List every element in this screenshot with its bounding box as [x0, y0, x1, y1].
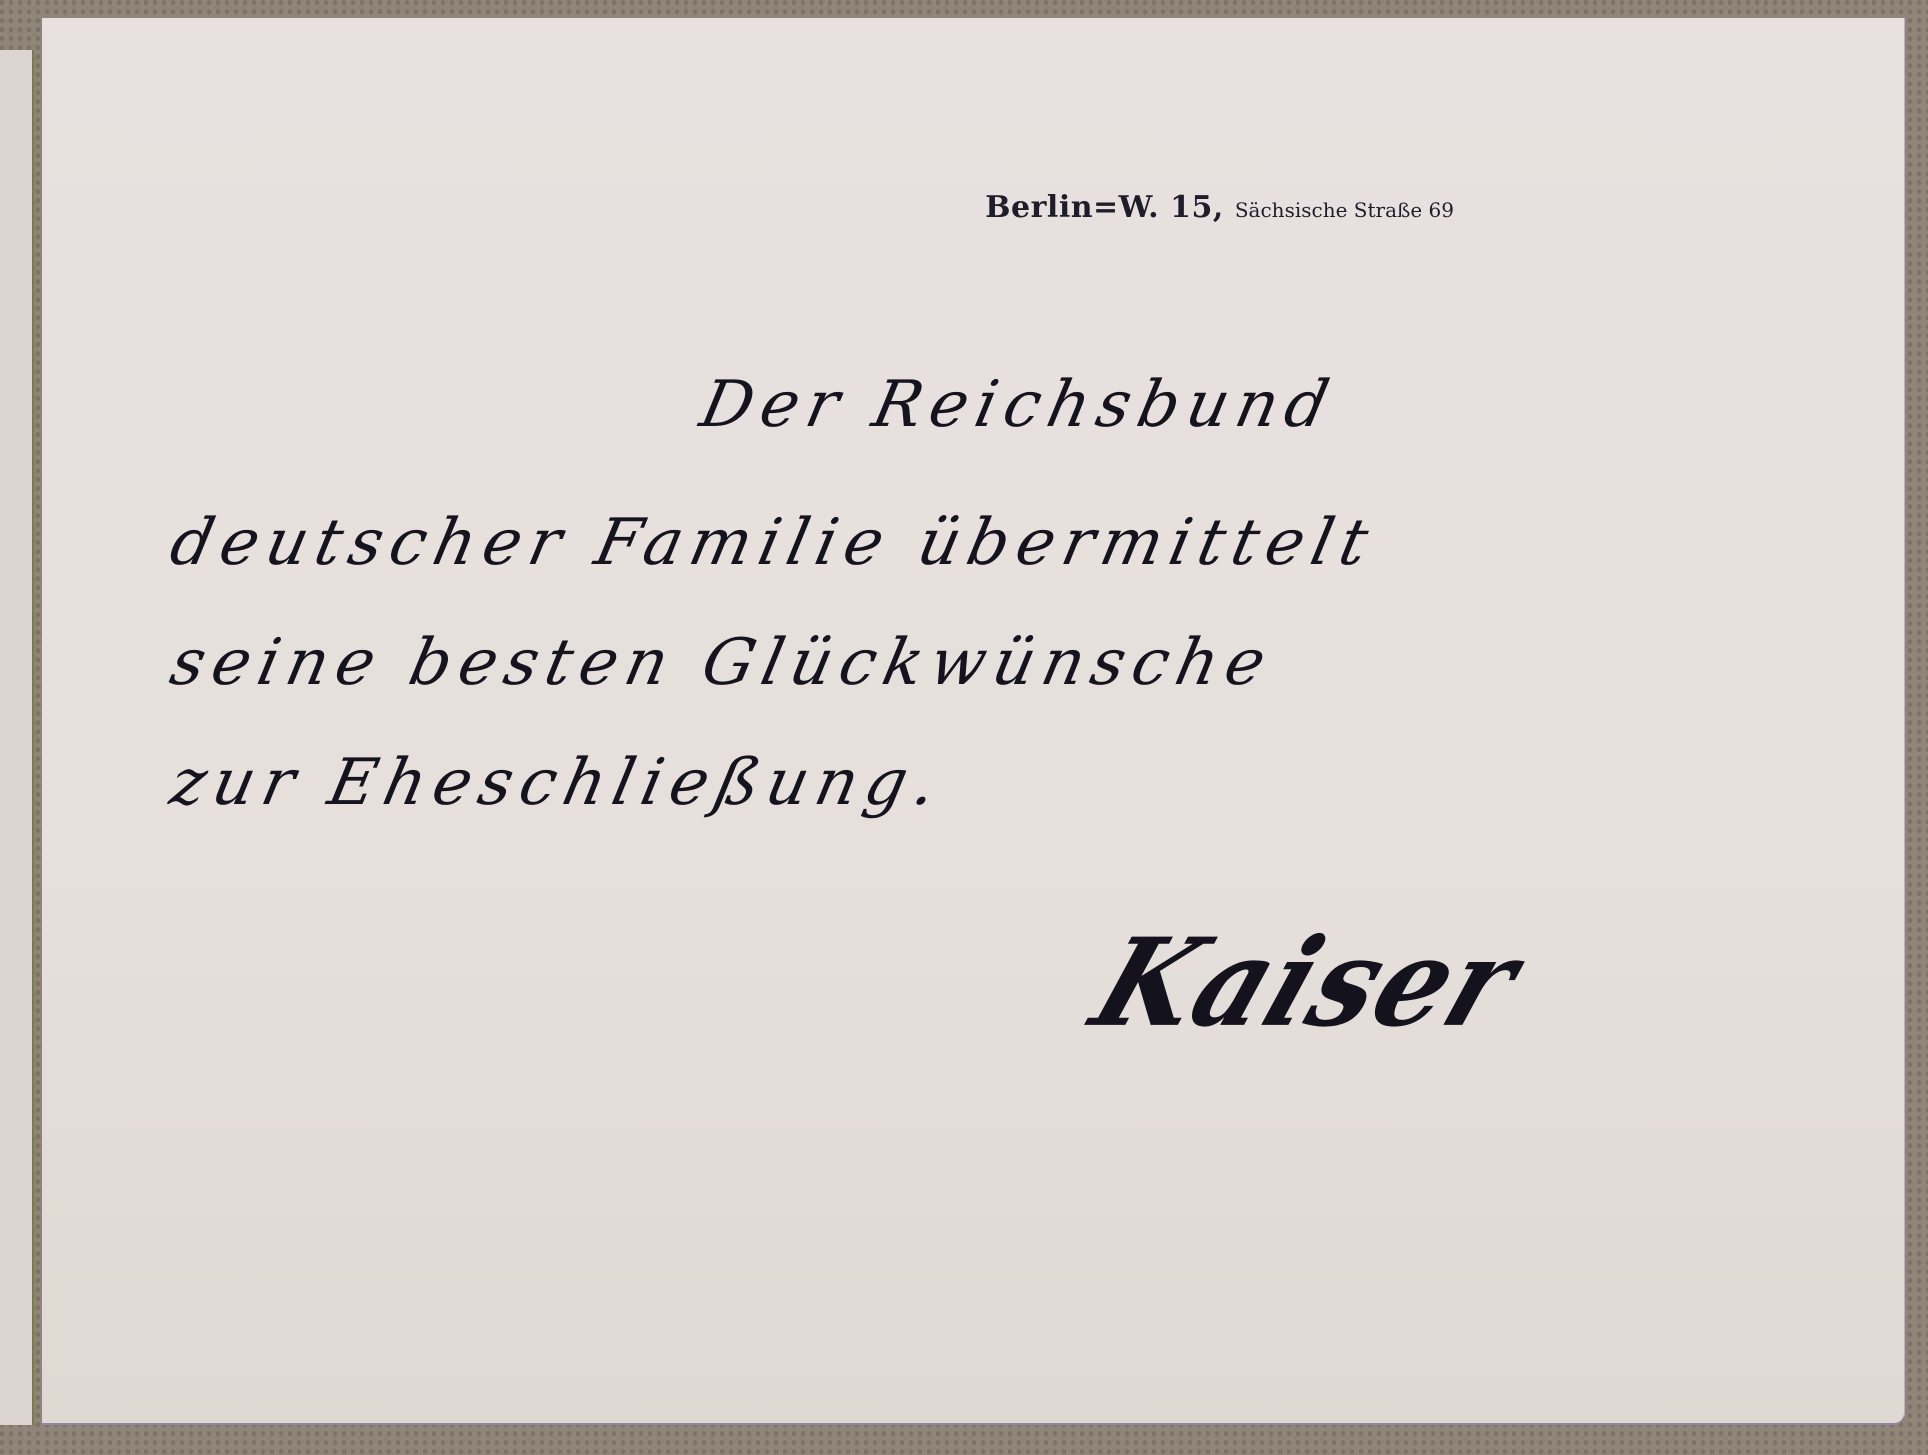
greeting-card: Berlin=W. 15, Sächsische Straße 69 Der R…: [42, 18, 1904, 1423]
message-line-2: deutscher Familie übermittelt: [164, 506, 1382, 580]
letterhead-address: Berlin=W. 15, Sächsische Straße 69: [985, 190, 1454, 225]
message-line-3: seine besten Glückwünsche: [164, 626, 1280, 700]
message-line-1: Der Reichsbund: [694, 368, 1343, 442]
letterhead-street: Sächsische Straße 69: [1235, 198, 1454, 222]
letterhead-city: Berlin=W. 15,: [985, 190, 1224, 225]
message-line-4: zur Eheschließung.: [164, 746, 951, 820]
back-page-edge: [0, 50, 34, 1425]
signature: Kaiser: [1076, 912, 1538, 1054]
